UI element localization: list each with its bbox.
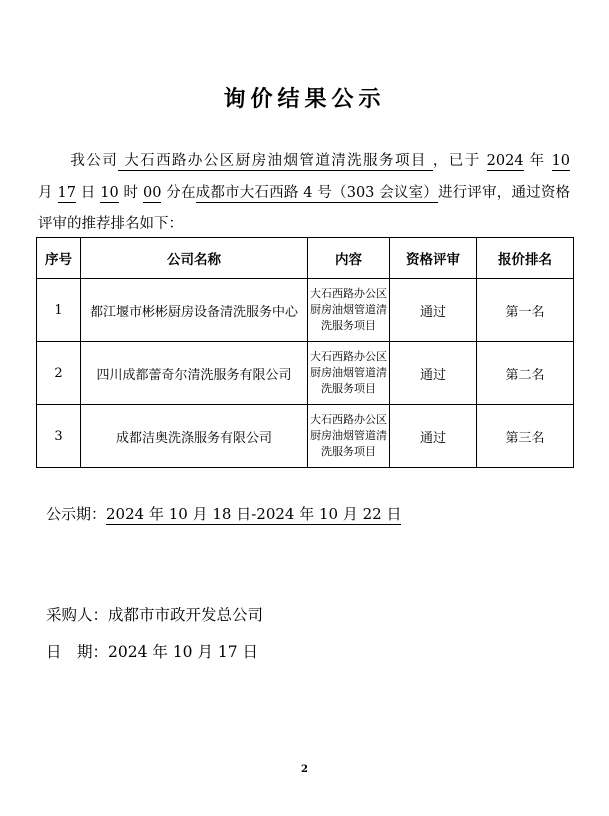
- cell-content: 大石西路办公区厨房油烟管道清洗服务项目: [308, 279, 390, 342]
- eval-day: 17: [58, 185, 76, 203]
- eval-minute: 00: [143, 185, 161, 203]
- page-title: 询价结果公示: [0, 84, 609, 114]
- intro-line-3: 评审的推荐排名如下：: [38, 209, 570, 241]
- col-header-seq: 序号: [37, 238, 81, 279]
- table-row: 2 四川成都蕾奇尔清洗服务有限公司 大石西路办公区厨房油烟管道清洗服务项目 通过…: [37, 342, 574, 405]
- date-line: 日 期：2024 年 10 月 17 日: [46, 641, 258, 663]
- eval-month: 10: [552, 153, 570, 171]
- cell-qualification: 通过: [390, 342, 477, 405]
- cell-company: 都江堰市彬彬厨房设备清洗服务中心: [81, 279, 308, 342]
- intro-line-1: 我公司 大石西路办公区厨房油烟管道清洗服务项目 ，已于 2024 年 10: [38, 146, 570, 178]
- publicity-period-label: 公示期：: [46, 505, 106, 523]
- table-row: 3 成都洁奥洗涤服务有限公司 大石西路办公区厨房油烟管道清洗服务项目 通过 第三…: [37, 405, 574, 468]
- hour-unit: 时: [119, 185, 143, 201]
- project-name: 大石西路办公区厨房油烟管道清洗服务项目: [118, 153, 433, 171]
- cell-qualification: 通过: [390, 279, 477, 342]
- table-header-row: 序号 公司名称 内容 资格评审 报价排名: [37, 238, 574, 279]
- cell-seq: 2: [37, 342, 81, 405]
- eval-hour: 10: [100, 185, 118, 203]
- month-unit: 月: [38, 185, 58, 201]
- cell-content: 大石西路办公区厨房油烟管道清洗服务项目: [308, 405, 390, 468]
- eval-venue: 成都市大石西路 4 号（303 会议室）: [196, 185, 438, 203]
- day-unit: 日: [76, 185, 100, 201]
- page-number: 2: [0, 764, 609, 775]
- cell-seq: 3: [37, 405, 81, 468]
- purchaser-label: 采购人：: [46, 606, 108, 624]
- col-header-rank: 报价排名: [477, 238, 574, 279]
- cell-rank: 第一名: [477, 279, 574, 342]
- eval-year: 2024: [487, 153, 524, 171]
- intro-paragraph: 我公司 大石西路办公区厨房油烟管道清洗服务项目 ，已于 2024 年 10 月 …: [38, 146, 570, 241]
- col-header-content: 内容: [308, 238, 390, 279]
- intro-line-2: 月 17 日 10 时 00 分在成都市大石西路 4 号（303 会议室）进行评…: [38, 178, 570, 210]
- minute-unit: 分在: [161, 185, 195, 201]
- table-row: 1 都江堰市彬彬厨房设备清洗服务中心 大石西路办公区厨房油烟管道清洗服务项目 通…: [37, 279, 574, 342]
- purchaser-line: 采购人：成都市市政开发总公司: [46, 604, 263, 626]
- col-header-qualification: 资格评审: [390, 238, 477, 279]
- cell-company: 成都洁奥洗涤服务有限公司: [81, 405, 308, 468]
- intro-suffix: 进行评审，通过资格: [438, 185, 570, 201]
- intro-prefix: 我公司: [69, 153, 118, 169]
- cell-content: 大石西路办公区厨房油烟管道清洗服务项目: [308, 342, 390, 405]
- col-header-company: 公司名称: [81, 238, 308, 279]
- results-table: 序号 公司名称 内容 资格评审 报价排名 1 都江堰市彬彬厨房设备清洗服务中心 …: [36, 237, 574, 468]
- purchaser-name: 成都市市政开发总公司: [108, 606, 263, 624]
- document-page: 询价结果公示 我公司 大石西路办公区厨房油烟管道清洗服务项目 ，已于 2024 …: [0, 0, 609, 816]
- cell-rank: 第三名: [477, 405, 574, 468]
- intro-mid: ，已于: [433, 153, 487, 169]
- cell-rank: 第二名: [477, 342, 574, 405]
- publicity-period-value: 2024 年 10 月 18 日-2024 年 10 月 22 日: [106, 505, 401, 525]
- date-value: 2024 年 10 月 17 日: [108, 643, 258, 661]
- publicity-period-line: 公示期：2024 年 10 月 18 日-2024 年 10 月 22 日: [46, 503, 401, 525]
- date-label: 日 期：: [46, 643, 108, 661]
- cell-qualification: 通过: [390, 405, 477, 468]
- cell-company: 四川成都蕾奇尔清洗服务有限公司: [81, 342, 308, 405]
- year-unit: 年: [524, 153, 552, 169]
- cell-seq: 1: [37, 279, 81, 342]
